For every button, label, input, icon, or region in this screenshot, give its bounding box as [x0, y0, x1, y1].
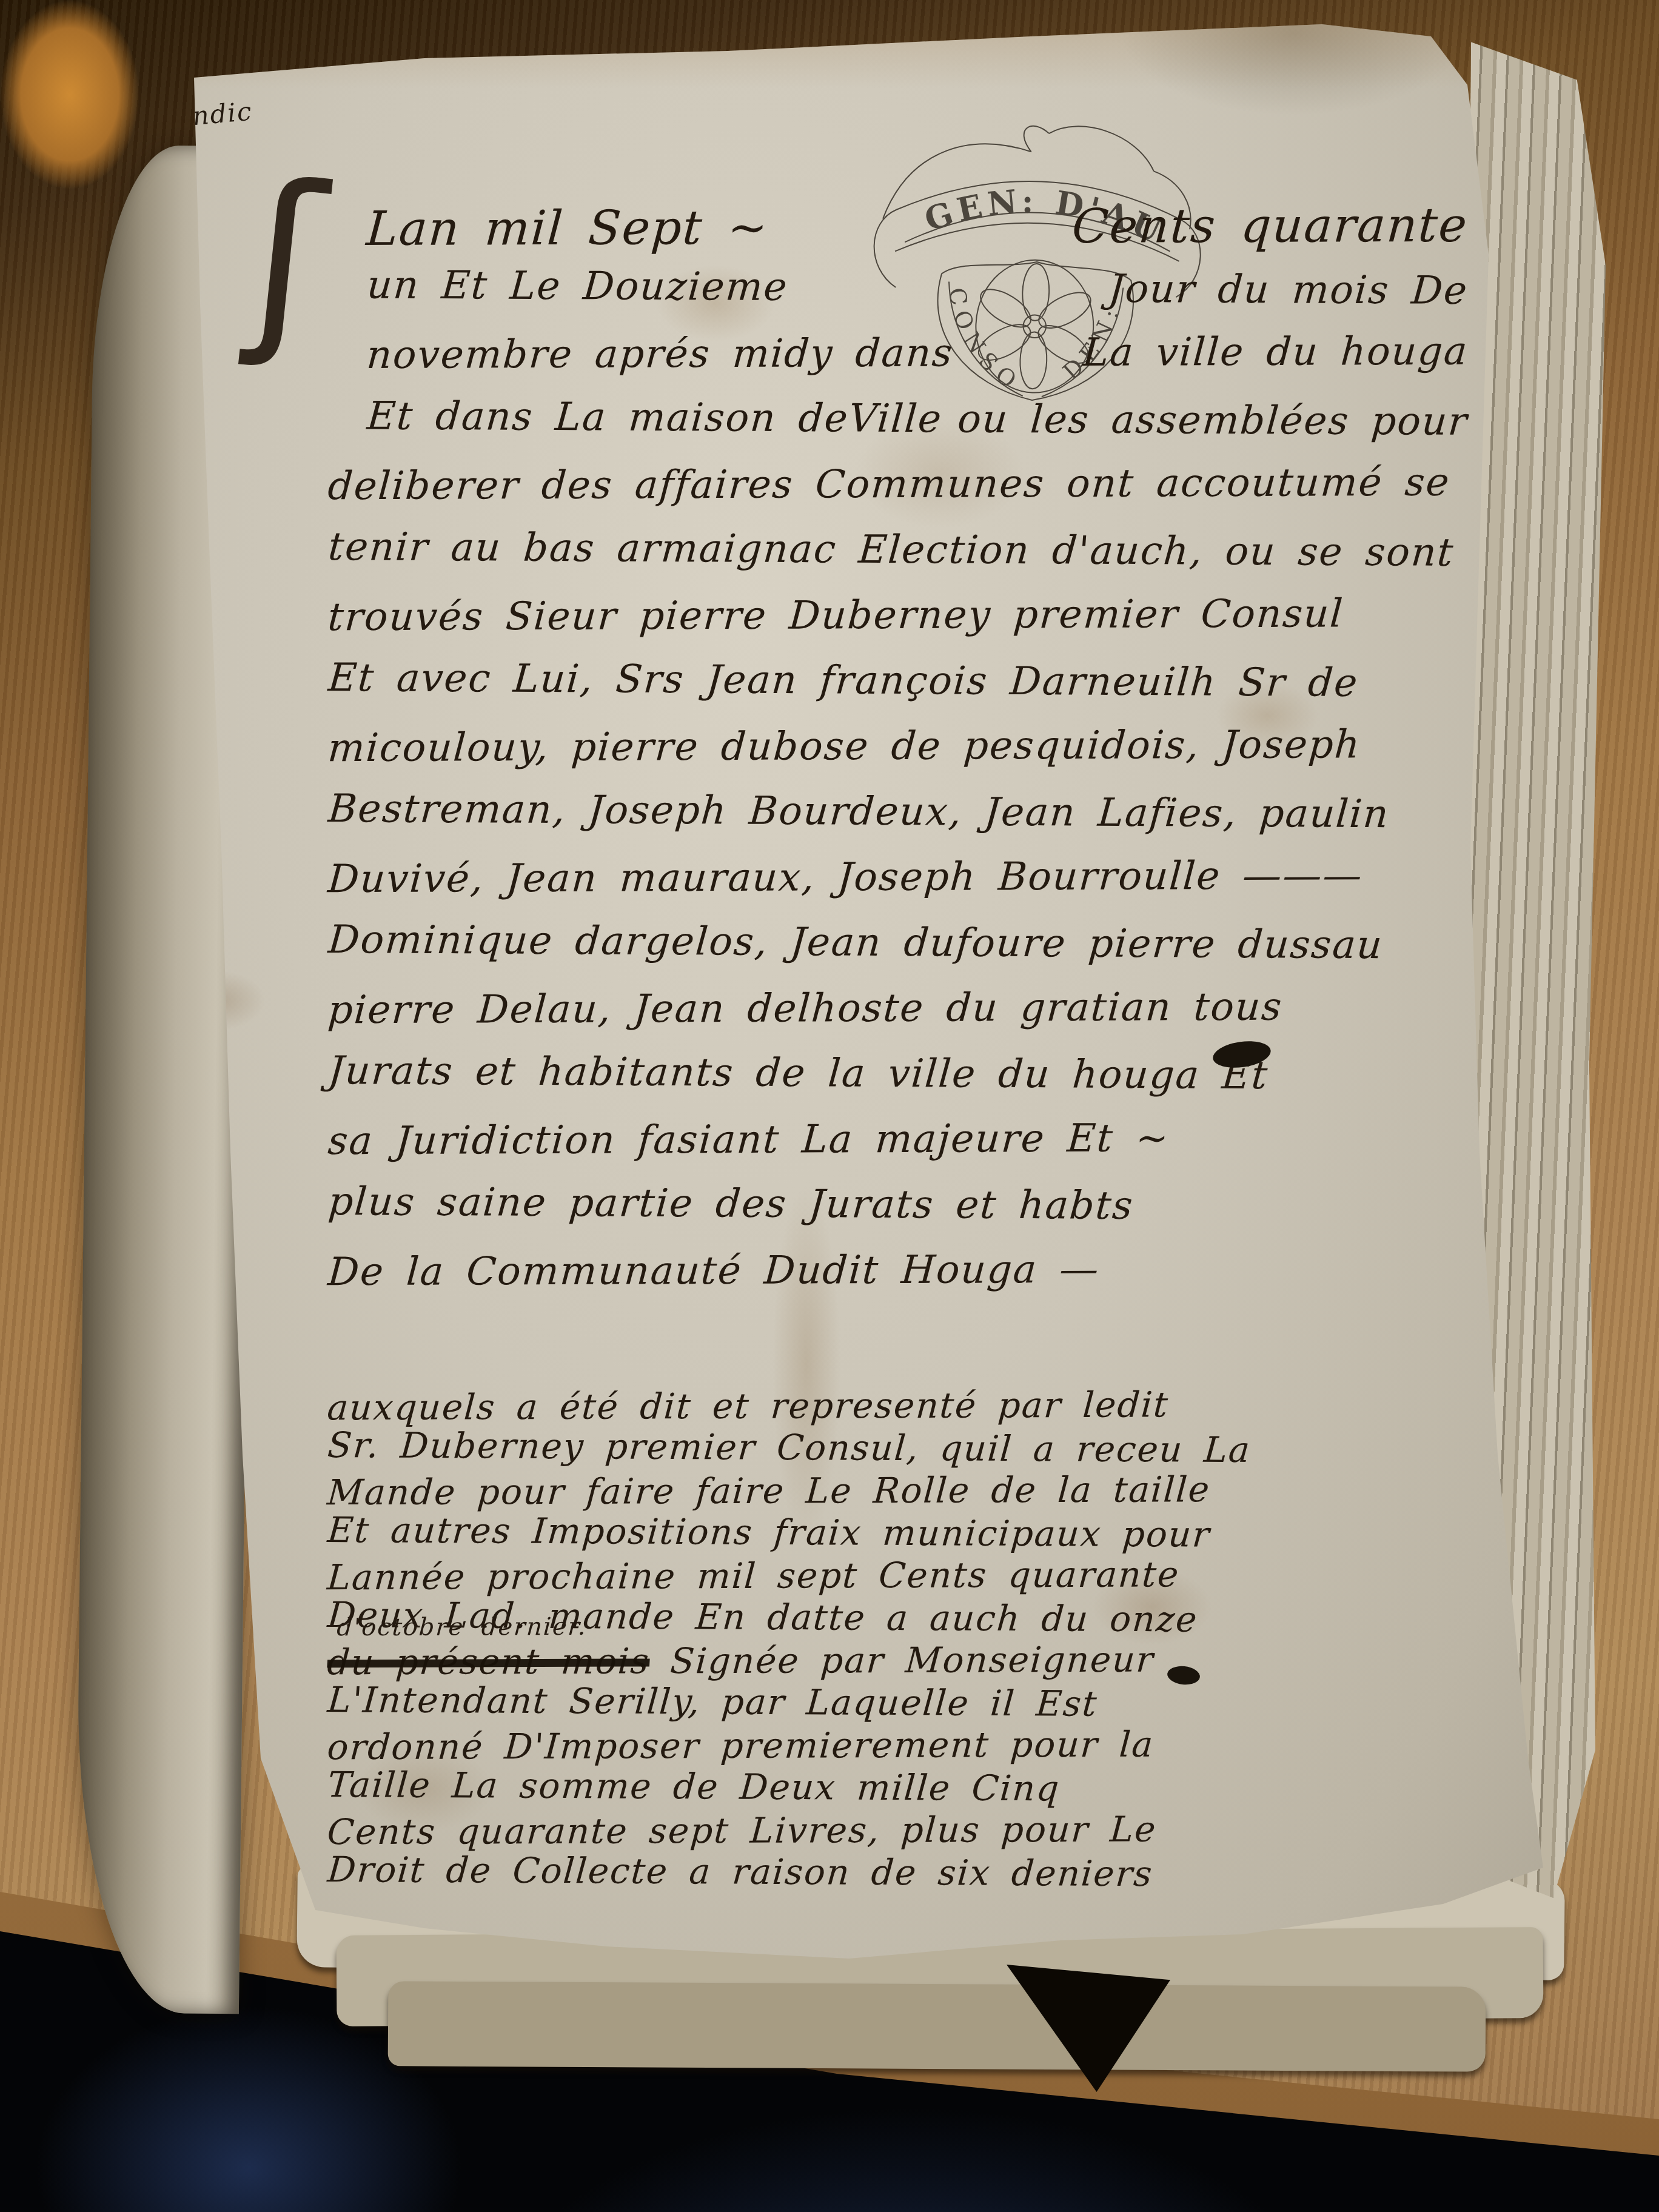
manuscript-line: sa Juridiction fasiant La majeure Et ~: [325, 1115, 1470, 1185]
line-text: pierre Delau, Jean delhoste du gratian t…: [326, 985, 1284, 1033]
line-text: Lan mil Sept ~: [364, 201, 770, 267]
line-text: deliberer des affaires Communes ont acco…: [326, 460, 1452, 509]
line-text: du présent mois: [326, 1640, 651, 1683]
line-text: trouvés Sieur pierre Duberney premier Co…: [326, 591, 1345, 640]
line-text: Lannée prochaine mil sept Cents quarante: [326, 1553, 1181, 1598]
line-text: ordonné D'Imposer premierement pour la: [326, 1724, 1156, 1768]
manuscript-line: Lannée prochaine mil sept Cents quarante: [326, 1553, 1469, 1600]
line-text: Droit de Collecte a raison de six denier…: [326, 1849, 1155, 1894]
line-text: un Et Le Douzieme: [364, 263, 789, 330]
manuscript-text: Lan mil Sept ~Cents quaranteun Et Le Dou…: [327, 200, 1467, 1894]
manuscript-line: Cents quarante sept Livres, plus pour Le: [326, 1808, 1469, 1854]
line-text: d'octobre dernier.: [336, 1613, 588, 1641]
line-text: novembre aprés midy dans: [364, 331, 954, 398]
manuscript-line: trouvés Sieur pierre Duberney premier Co…: [325, 591, 1470, 661]
manuscript-line: Taille La somme de Deux mille Cinq: [326, 1764, 1469, 1812]
line-text: micoulouy, pierre dubose de pesquidois, …: [326, 722, 1362, 771]
line-text: Et autres Impositions fraix municipaux p…: [326, 1509, 1212, 1555]
line-text: ou les assemblées pour: [954, 397, 1470, 465]
line-text: Bestreman, Joseph Bourdeux, Jean Lafies,…: [327, 786, 1391, 837]
manuscript-line: Sr. Duberney premier Consul, quil a rece…: [326, 1424, 1469, 1473]
manuscript-line: Et dans La maison deVilleou les assemblé…: [325, 394, 1469, 465]
paragraph-preamble: Lan mil Sept ~Cents quaranteun Et Le Dou…: [327, 200, 1467, 1313]
line-text: sa Juridiction fasiant La majeure Et ~: [326, 1116, 1171, 1164]
line-text: Taille La somme de Deux mille Cinq: [326, 1764, 1062, 1809]
manuscript-line: Droit de Collecte a raison de six denier…: [326, 1849, 1469, 1897]
under-page-edge: [388, 1981, 1486, 2071]
manuscript-line: Mande pour faire faire Le Rolle de la ta…: [326, 1468, 1469, 1515]
manuscript-line: un Et Le DouziemeJour du mois De: [325, 263, 1469, 334]
line-text: auxquels a été dit et representé par led…: [326, 1384, 1170, 1428]
manuscript-line: d'octobre dernier.du présent moisSignée …: [326, 1638, 1469, 1684]
line-text: Jour du mois De: [1105, 267, 1470, 334]
paragraph-mandement: auxquels a été dit et representé par led…: [327, 1385, 1467, 1894]
manuscript-photo: au Sindic ʃ GEN: D'AUCH CO: [0, 0, 1659, 2212]
manuscript-line: Et avec Lui, Srs Jean françois Darneuilh…: [325, 655, 1469, 727]
manuscript-line: Bestreman, Joseph Bourdeux, Jean Lafies,…: [325, 786, 1469, 858]
line-text: La ville du houga: [1080, 329, 1470, 396]
line-text: Mande pour faire faire Le Rolle de la ta…: [326, 1469, 1212, 1513]
manuscript-line: Duvivé, Jean mauraux, Joseph Bourroulle …: [325, 853, 1470, 923]
manuscript-line: Jurats et habitants de la ville du houga…: [325, 1048, 1469, 1120]
manuscript-line: ordonné D'Imposer premierement pour la: [326, 1723, 1469, 1769]
manuscript-line: tenir au bas armaignac Election d'auch, …: [325, 525, 1469, 596]
manuscript-line: auxquels a été dit et representé par led…: [326, 1383, 1469, 1430]
manuscript-line: Lan mil Sept ~Cents quarante: [325, 198, 1470, 268]
line-text: De la Communauté Dudit Houga —: [326, 1247, 1101, 1295]
line-text: Dominique dargelos, Jean dufoure pierre …: [327, 917, 1385, 968]
line-text: Sr. Duberney premier Consul, quil a rece…: [326, 1424, 1253, 1470]
manuscript-line: Et autres Impositions fraix municipaux p…: [326, 1509, 1469, 1558]
manuscript-line: novembre aprés midy dansLa ville du houg…: [325, 329, 1470, 399]
line-text: Cents quarante sept Livres, plus pour Le: [326, 1809, 1158, 1853]
line-text: plus saine partie des Jurats et habts: [327, 1179, 1135, 1228]
line-text: Duvivé, Jean mauraux, Joseph Bourroulle …: [326, 853, 1364, 902]
manuscript-line: deliberer des affaires Communes ont acco…: [325, 460, 1470, 530]
line-text: Et dans La maison deVille: [364, 394, 944, 462]
manuscript-line: L'Intendant Serilly, par Laquelle il Est: [326, 1679, 1469, 1728]
line-text: Signée par Monseigneur: [669, 1639, 1156, 1682]
line-text: L'Intendant Serilly, par Laquelle il Est: [326, 1679, 1099, 1724]
line-text: Cents quarante: [1070, 198, 1470, 265]
line-text: Et avec Lui, Srs Jean françois Darneuilh…: [327, 655, 1360, 706]
line-text: Jurats et habitants de la ville du houga…: [327, 1048, 1270, 1098]
manuscript-line: plus saine partie des Jurats et habts: [325, 1179, 1469, 1251]
manuscript-line: De la Communauté Dudit Houga —: [325, 1246, 1470, 1316]
corrected-text: d'octobre dernier.du présent mois: [326, 1640, 651, 1683]
manuscript-line: Dominique dargelos, Jean dufoure pierre …: [325, 917, 1469, 989]
line-text: tenir au bas armaignac Election d'auch, …: [327, 525, 1456, 575]
manuscript-line: pierre Delau, Jean delhoste du gratian t…: [325, 984, 1470, 1054]
manuscript-line: micoulouy, pierre dubose de pesquidois, …: [325, 722, 1470, 792]
